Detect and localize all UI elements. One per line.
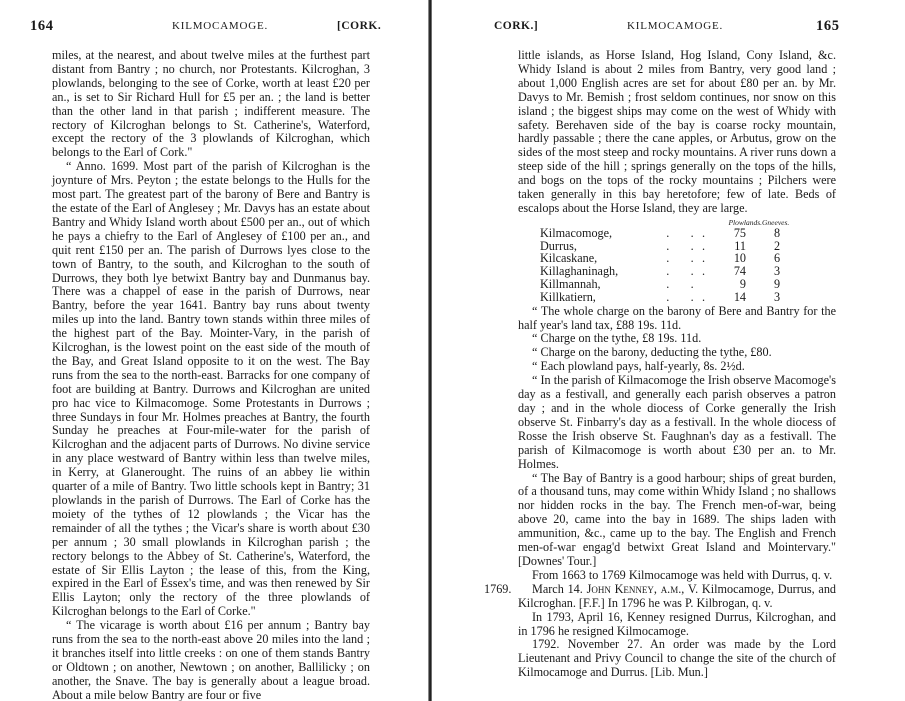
paragraph: “ In the parish of Kilmacomoge the Irish… [518, 374, 836, 471]
paragraph: “ The vicarage is worth about £16 per an… [52, 619, 370, 701]
entry-degree: a.m., [661, 582, 685, 596]
county-marker: [CORK. [337, 20, 381, 32]
left-body-text: miles, at the nearest, and about twelve … [52, 49, 370, 701]
paragraph: “ The whole charge on the barony of Bere… [518, 305, 836, 333]
page-number: 164 [30, 18, 54, 35]
entry-name: John Kenney, [587, 582, 657, 596]
left-running-head: 164 KILMOCAMOGE. [CORK. [0, 20, 420, 38]
entry-year: 1769. [470, 583, 511, 597]
table-row: Killkatiern, . .. 14 3 [540, 291, 792, 304]
county-marker: CORK.] [494, 20, 538, 32]
running-title: KILMOCAMOGE. [627, 20, 723, 32]
book-gutter [428, 0, 432, 701]
page-number: 165 [816, 18, 840, 35]
incumbent-entry: 1769. March 14. John Kenney, a.m., V. Ki… [518, 583, 836, 611]
paragraph: In 1793, April 16, Kenney resigned Durru… [518, 611, 836, 639]
paragraph: little islands, as Horse Island, Hog Isl… [518, 49, 836, 216]
table-row: Killmannah, . . 9 9 [540, 278, 792, 291]
paragraph: “ Each plowland pays, half-yearly, 8s. 2… [518, 360, 836, 374]
entry-date: March 14. [532, 582, 583, 596]
paragraph: “ Charge on the barony, deducting the ty… [518, 346, 836, 360]
running-title: KILMOCAMOGE. [172, 20, 268, 32]
paragraph: “ Charge on the tythe, £8 19s. 11d. [518, 332, 836, 346]
table-row: Kilmacomoge, . .. 75 8 [540, 227, 792, 240]
right-running-head: CORK.] KILMOCAMOGE. 165 [440, 20, 905, 38]
paragraph: From 1663 to 1769 Kilmocamoge was held w… [518, 569, 836, 583]
right-body-text: little islands, as Horse Island, Hog Isl… [518, 49, 836, 680]
paragraph: miles, at the nearest, and about twelve … [52, 49, 370, 160]
paragraph: “ Anno. 1699. Most part of the parish of… [52, 160, 370, 619]
plowlands-table: Plowlands. Gneeves. Kilmacomoge, . .. 75… [540, 218, 792, 304]
paragraph: 1792. November 27. An order was made by … [518, 638, 836, 680]
paragraph: “ The Bay of Bantry is a good harbour; s… [518, 472, 836, 569]
